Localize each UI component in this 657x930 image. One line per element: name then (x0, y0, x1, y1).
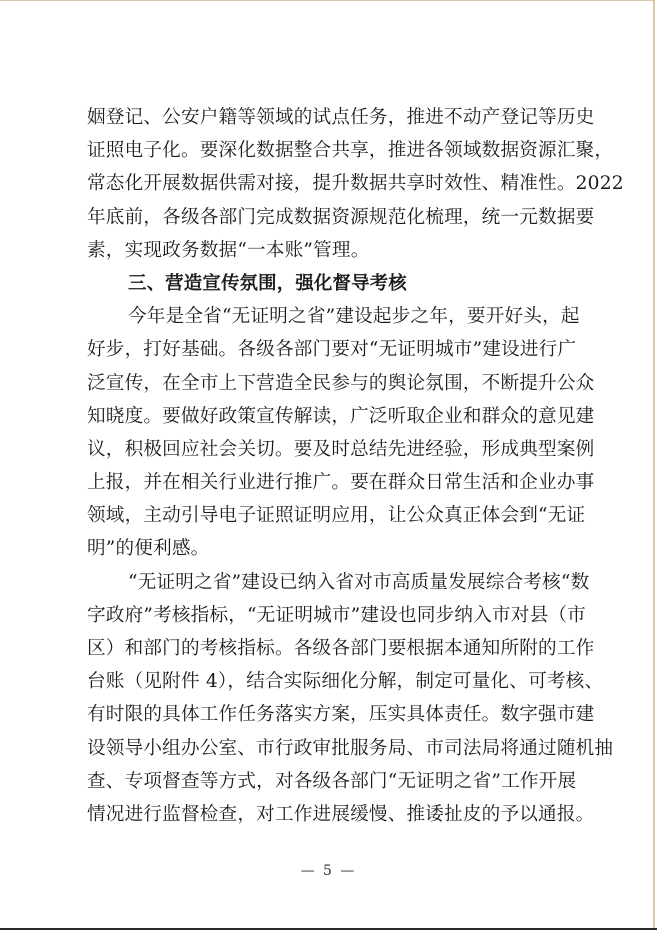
paragraph-line: 查、专项督查等方式，对各级各部门“无证明之省”工作开展 (87, 765, 567, 798)
paragraph-line: 情况进行监督检查，对工作进展缓慢、推诿扯皮的予以通报。 (87, 798, 567, 831)
paragraph-line: 素，实现政务数据“一本账”管理。 (87, 234, 567, 267)
paragraph-line: 常态化开展数据供需对接，提升数据共享时效性、精准性。2022 (87, 167, 567, 200)
paragraph-line: 证照电子化。要深化数据整合共享，推进各领域数据资源汇聚， (87, 134, 567, 167)
paragraph-line: 姻登记、公安户籍等领域的试点任务，推进不动产登记等历史 (87, 101, 567, 134)
paragraph-line: 区）和部门的考核指标。各级各部门要根据本通知所附的工作 (87, 632, 567, 665)
paragraph-line: 字政府”考核指标，“无证明城市”建设也同步纳入市对县（市 (87, 599, 567, 632)
section-heading: 三、营造宣传氛围，强化督导考核 (87, 267, 567, 300)
paragraph-line: 明”的便利感。 (87, 532, 567, 565)
paragraph-line: 领域，主动引导电子证照证明应用，让公众真正体会到“无证 (87, 499, 567, 532)
paragraph-line: 有时限的具体工作任务落实方案，压实具体责任。数字强市建 (87, 698, 567, 731)
paragraph-line: 泛宣传，在全市上下营造全民参与的舆论氛围，不断提升公众 (87, 367, 567, 400)
page-number: — 5 — (0, 863, 657, 879)
document-body: 姻登记、公安户籍等领域的试点任务，推进不动产登记等历史 证照电子化。要深化数据整… (87, 101, 567, 831)
paragraph-line: “无证明之省”建设已纳入省对市高质量发展综合考核“数 (87, 566, 567, 599)
paragraph-line: 设领导小组办公室、市行政审批服务局、市司法局将通过随机抽 (87, 732, 567, 765)
paragraph-line: 上报，并在相关行业进行推广。要在群众日常生活和企业办事 (87, 466, 567, 499)
paragraph-line: 今年是全省“无证明之省”建设起步之年，要开好头，起 (87, 300, 567, 333)
paragraph-line: 台账（见附件 4），结合实际细化分解，制定可量化、可考核、 (87, 665, 567, 698)
paragraph-line: 议，积极回应社会关切。要及时总结先进经验，形成典型案例 (87, 433, 567, 466)
paragraph-line: 年底前，各级各部门完成数据资源规范化梳理，统一元数据要 (87, 201, 567, 234)
document-page: 姻登记、公安户籍等领域的试点任务，推进不动产登记等历史 证照电子化。要深化数据整… (0, 0, 655, 928)
paragraph-line: 知晓度。要做好政策宣传解读，广泛听取企业和群众的意见建 (87, 400, 567, 433)
paragraph-line: 好步，打好基础。各级各部门要对“无证明城市”建设进行广 (87, 333, 567, 366)
